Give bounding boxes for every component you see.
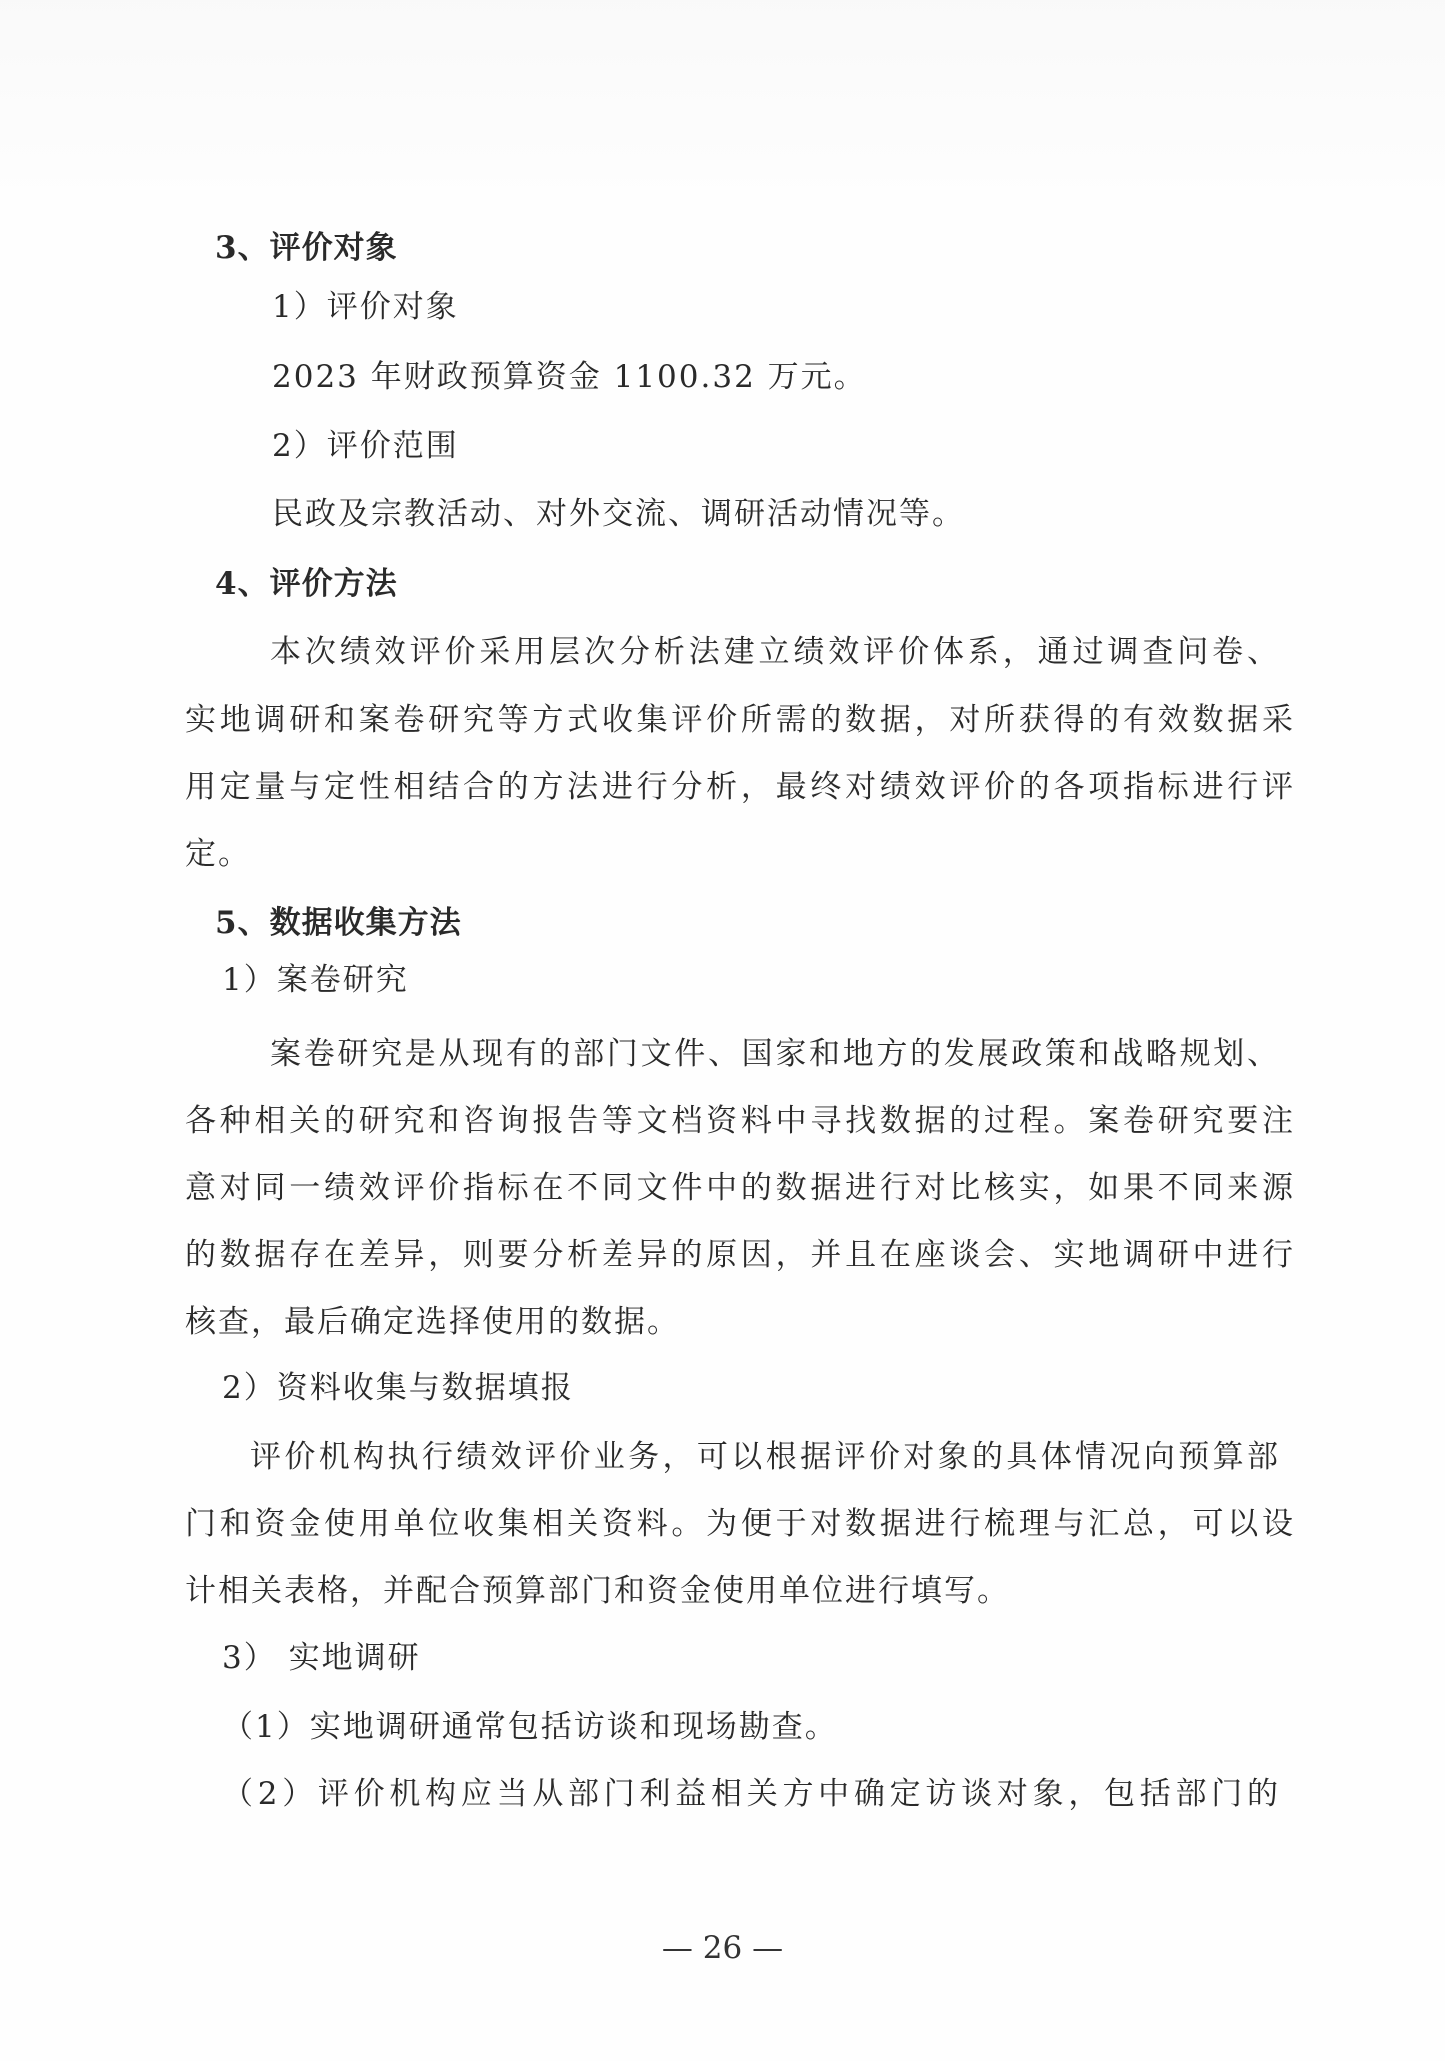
evaluation-object-text: 2023 年财政预算资金 1100.32 万元。 [272,357,867,397]
section-heading-evaluation-method: 4、评价方法 [215,564,398,604]
bleed-through-header [0,0,1445,210]
method-paragraph-line-2: 实地调研和案卷研究等方式收集评价所需的数据，对所获得的有效数据采 [185,700,1295,740]
page-number: — 26 — [0,1928,1445,1968]
file-research-line-4: 的数据存在差异，则要分析差异的原因，并且在座谈会、实地调研中进行 [185,1235,1295,1275]
file-research-line-2: 各种相关的研究和咨询报告等文档资料中寻找数据的过程。案卷研究要注 [185,1101,1295,1141]
section-heading-evaluation-object: 3、评价对象 [215,228,398,268]
subheading-data-reporting: 2）资料收集与数据填报 [222,1368,574,1408]
field-research-item-1: （1）实地调研通常包括访谈和现场勘查。 [222,1707,838,1747]
data-reporting-line-3: 计相关表格，并配合预算部门和资金使用单位进行填写。 [185,1571,1010,1611]
section-heading-data-collection: 5、数据收集方法 [215,903,462,943]
evaluation-scope-text: 民政及宗教活动、对外交流、调研活动情况等。 [272,494,965,534]
document-page: 3、评价对象 1）评价对象 2023 年财政预算资金 1100.32 万元。 2… [0,0,1445,2061]
subheading-field-research: 3） 实地调研 [222,1638,421,1678]
method-paragraph-line-3: 用定量与定性相结合的方法进行分析，最终对绩效评价的各项指标进行评 [185,767,1295,807]
field-research-item-2: （2）评价机构应当从部门利益相关方中确定访谈对象，包括部门的 [222,1774,1280,1814]
subheading-evaluation-object: 1）评价对象 [272,287,459,327]
subheading-evaluation-scope: 2）评价范围 [272,426,459,466]
file-research-line-1: 案卷研究是从现有的部门文件、国家和地方的发展政策和战略规划、 [270,1034,1280,1074]
file-research-line-3: 意对同一绩效评价指标在不同文件中的数据进行对比核实，如果不同来源 [185,1168,1295,1208]
data-reporting-line-1: 评价机构执行绩效评价业务，可以根据评价对象的具体情况向预算部 [250,1437,1280,1477]
data-reporting-line-2: 门和资金使用单位收集相关资料。为便于对数据进行梳理与汇总，可以设 [185,1504,1295,1544]
file-research-line-5: 核查，最后确定选择使用的数据。 [185,1302,680,1342]
subheading-file-research: 1）案卷研究 [222,960,409,1000]
method-paragraph-line-1: 本次绩效评价采用层次分析法建立绩效评价体系，通过调查问卷、 [270,632,1280,672]
method-paragraph-line-4: 定。 [185,834,251,874]
